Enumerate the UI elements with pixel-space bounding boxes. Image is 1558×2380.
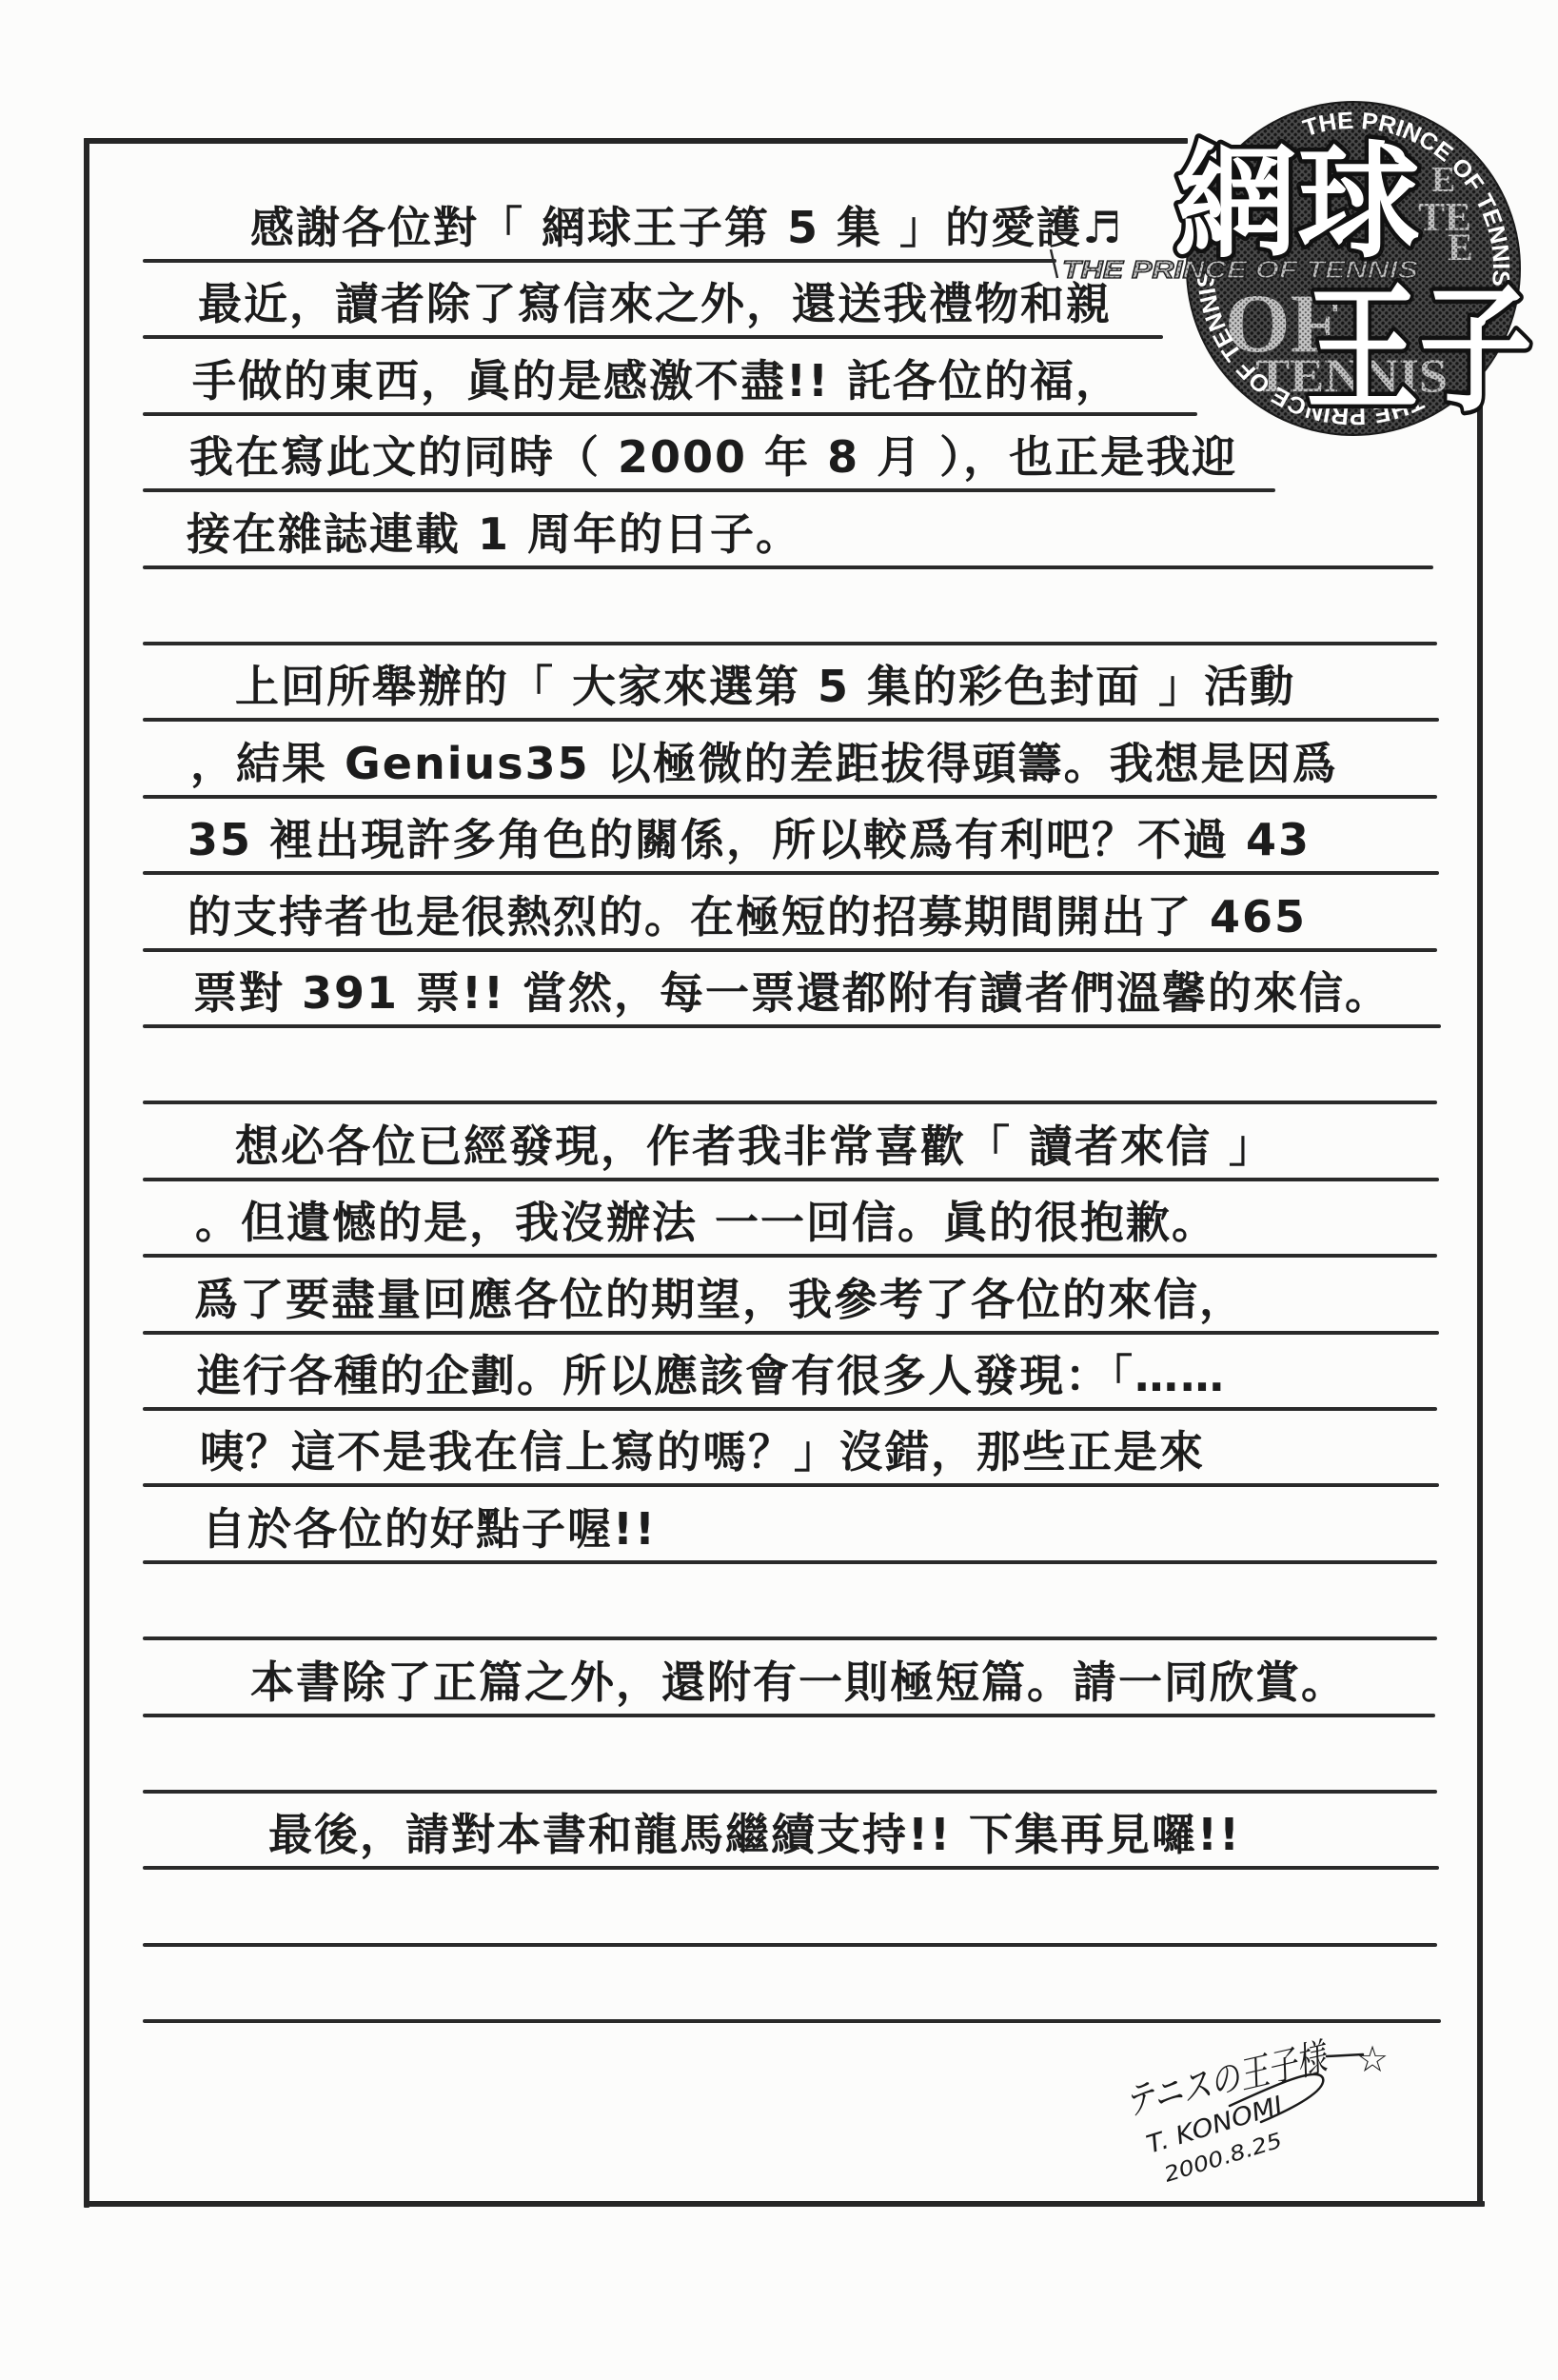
ruled-line bbox=[143, 1636, 1437, 1640]
ruled-line bbox=[143, 1024, 1441, 1028]
letter-line: 最後，請對本書和龍馬繼續支持!! 下集再見囉!! bbox=[268, 1811, 1241, 1858]
ruled-line bbox=[143, 1178, 1439, 1181]
letter-line: 接在雜誌連載 1 周年的日子。 bbox=[187, 510, 801, 558]
ruled-line bbox=[143, 1714, 1435, 1717]
frame-border-left bbox=[84, 138, 89, 2208]
afterword-page: 感謝各位對「 網球王子第 5 集 」的愛護♬ 最近，讀者除了寫信來之外，還送我禮… bbox=[0, 0, 1558, 2380]
author-signature: テニスの王子様 ☆ T. KONOMI 2000.8.25 bbox=[1095, 1999, 1428, 2209]
ruled-line bbox=[143, 1866, 1439, 1870]
ruled-line bbox=[143, 565, 1433, 569]
letter-line: 爲了要盡量回應各位的期望，我參考了各位的來信， bbox=[194, 1276, 1245, 1323]
ruled-line bbox=[143, 335, 1163, 339]
bg-letter: E bbox=[1448, 226, 1473, 268]
letter-line: 咦？這不是我在信上寫的嗎？」沒錯，那些正是來 bbox=[200, 1428, 1205, 1476]
prince-of-tennis-logo: E TE E OF TENNIS THE PRINCE OF TENNIS TH… bbox=[1028, 76, 1558, 476]
ruled-line bbox=[143, 871, 1439, 875]
frame-border-top bbox=[84, 138, 1188, 144]
letter-line: 感謝各位對「 網球王子第 5 集 」的愛護♬ bbox=[250, 204, 1123, 251]
star-icon: ☆ bbox=[1356, 2038, 1389, 2080]
ruled-line bbox=[143, 642, 1437, 645]
letter-line: ，結果 Genius35 以極微的差距拔得頭籌。我想是因爲 bbox=[190, 740, 1338, 787]
ruled-line bbox=[143, 1254, 1437, 1258]
ruled-line bbox=[143, 1331, 1439, 1335]
letter-line: 票對 391 票!! 當然，每一票還都附有讀者們溫馨的來信。 bbox=[193, 969, 1390, 1017]
letter-line: 。但遺憾的是，我沒辦法 一一回信。眞的很抱歉。 bbox=[195, 1199, 1217, 1246]
letter-line: 想必各位已經發現，作者我非常喜歡「 讀者來信 」 bbox=[235, 1122, 1274, 1170]
ruled-line bbox=[143, 1560, 1437, 1564]
logo-title-line-2: 王子 bbox=[1306, 269, 1532, 431]
ruled-line bbox=[143, 948, 1437, 952]
letter-line: 本書除了正篇之外，還附有一則極短篇。請一同欣賞。 bbox=[250, 1658, 1347, 1706]
letter-line: 進行各種的企劃。所以應該會有很多人發現：「…… bbox=[197, 1352, 1226, 1399]
banner-slash bbox=[1051, 249, 1057, 278]
letter-line: 自於各位的好點子喔!! bbox=[202, 1505, 657, 1553]
ruled-line bbox=[143, 1101, 1437, 1104]
logo-title-line-1: 網球 bbox=[1174, 129, 1420, 276]
ruled-line bbox=[143, 488, 1275, 492]
ruled-line bbox=[143, 1483, 1439, 1487]
letter-line: 上回所舉辦的「 大家來選第 5 集的彩色封面 」活動 bbox=[235, 663, 1295, 710]
ruled-line bbox=[143, 259, 1056, 263]
ruled-line bbox=[143, 795, 1437, 799]
ruled-line bbox=[143, 1943, 1437, 1947]
ruled-line bbox=[143, 1790, 1437, 1794]
letter-line: 手做的東西，眞的是感激不盡!! 託各位的福， bbox=[192, 357, 1121, 405]
letter-line: 的支持者也是很熱烈的。在極短的招募期間開出了 465 bbox=[187, 893, 1307, 941]
ruled-line bbox=[143, 718, 1439, 722]
ruled-line bbox=[143, 1407, 1437, 1411]
frame-border-right bbox=[1477, 392, 1483, 2207]
letter-line: 35 裡出現許多角色的關係，所以較爲有利吧？不過 43 bbox=[187, 816, 1311, 863]
letter-line: 最近，讀者除了寫信來之外，還送我禮物和親 bbox=[198, 280, 1112, 327]
